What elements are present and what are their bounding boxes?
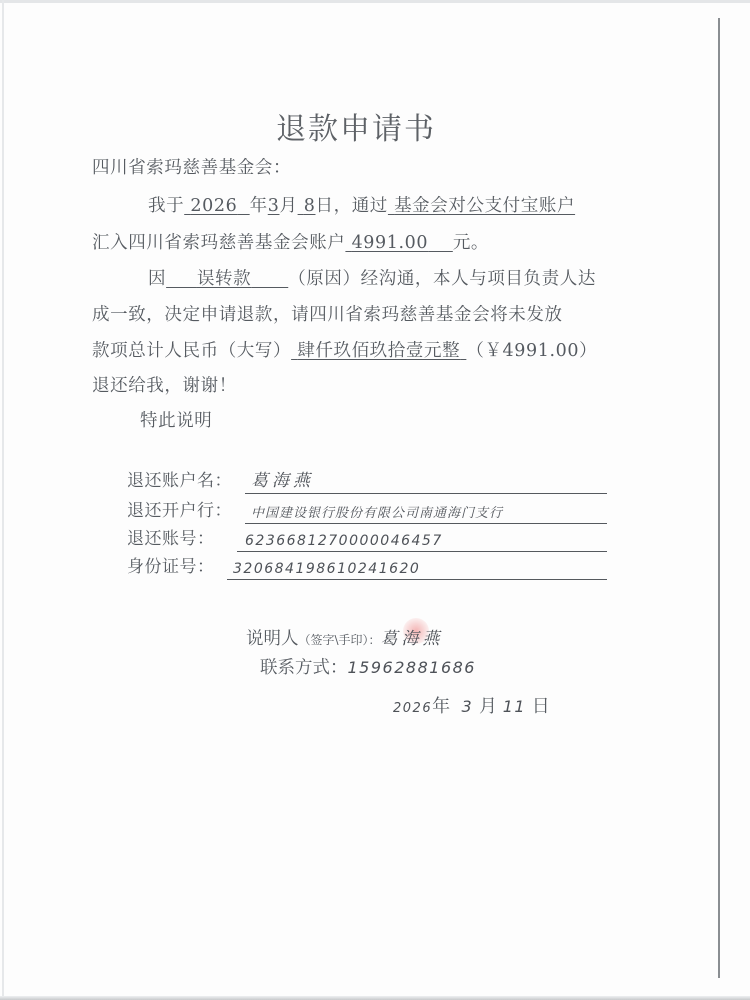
p2-prefix: 因	[148, 269, 166, 289]
document-title: 退款申请书	[276, 104, 436, 148]
paragraph1-line2: 汇入四川省索玛慈善基金会账户 4991.00 元。	[92, 229, 489, 254]
form-row-id-number: 身份证号： 320684198610241620	[127, 552, 607, 580]
paragraph2-line1: 因 误转款 （原因）经沟通，本人与项目负责人达	[148, 265, 596, 290]
bank-value: 中国建设银行股份有限公司南通海门支行	[251, 502, 503, 521]
scan-edge-left	[2, 0, 4, 1000]
scan-edge-bottom	[0, 996, 750, 1000]
contact-value: 15962881686	[348, 658, 476, 677]
paragraph1-line1: 我于 2026 年3月 8日，通过 基金会对公支付宝账户	[148, 192, 575, 217]
amount-in-words: 肆仟玖佰玖拾壹元整	[291, 341, 466, 361]
form-row-bank: 退还开户行： 中国建设银行股份有限公司南通海门支行	[127, 496, 607, 524]
form-row-account-name: 退还账户名： 葛海燕	[127, 466, 607, 494]
bank-label: 退还开户行：	[127, 496, 232, 521]
month-suffix: 月	[279, 196, 297, 216]
day-suffix: 日，通过	[316, 196, 388, 216]
signature-label: 说明人	[246, 629, 299, 649]
signature-value: 葛海燕	[381, 629, 444, 649]
transfer-day: 8	[298, 196, 316, 216]
paragraph2-line4: 退还给我，谢谢！	[92, 372, 237, 397]
amount-suffix: 元。	[453, 233, 489, 253]
account-number-value: 6236681270000046457	[245, 533, 443, 549]
date-day-suffix: 日	[532, 696, 550, 717]
id-number-label: 身份证号：	[127, 552, 215, 577]
paragraph2-line3: 款项总计人民币（大写） 肆仟玖佰玖拾壹元整 （￥4991.00）	[92, 337, 597, 362]
date-year-suffix: 年	[432, 696, 450, 717]
transfer-amount: 4991.00	[345, 233, 452, 253]
p2-line1-rest: （原因）经沟通，本人与项目负责人达	[288, 269, 596, 289]
account-name-label: 退还账户名：	[127, 466, 232, 491]
p2-line3-prefix: 款项总计人民币（大写）	[92, 341, 291, 361]
contact-line: 联系方式：15962881686	[260, 654, 476, 679]
recipient-line: 四川省索玛慈善基金会：	[92, 154, 291, 179]
transfer-month: 3	[268, 196, 280, 216]
date-line: 2026年 3 月 11 日	[393, 692, 550, 718]
date-year: 2026	[393, 701, 432, 716]
date-month-suffix: 月	[479, 696, 497, 717]
account-number-label: 退还账号：	[127, 524, 215, 549]
date-day: 11	[503, 697, 526, 716]
amount-in-figures: （￥4991.00）	[466, 341, 597, 361]
id-number-underline	[227, 579, 607, 580]
year-suffix: 年	[250, 196, 268, 216]
id-number-value: 320684198610241620	[233, 561, 420, 577]
signature-label-note: （签字\手印）：	[299, 633, 381, 647]
paragraph2-line2: 成一致，决定申请退款，请四川省索玛慈善基金会将未发放	[92, 301, 563, 326]
date-month: 3	[462, 697, 474, 716]
p1-prefix: 我于	[148, 196, 184, 216]
contact-label: 联系方式：	[260, 658, 348, 678]
refund-reason: 误转款	[166, 269, 288, 289]
account-name-value: 葛海燕	[251, 466, 314, 491]
transfer-channel: 基金会对公支付宝账户	[388, 196, 575, 216]
p1-line2-prefix: 汇入四川省索玛慈善基金会账户	[92, 233, 345, 253]
account-name-underline	[245, 493, 607, 494]
form-row-account-number: 退还账号： 6236681270000046457	[127, 524, 607, 552]
closing-statement: 特此说明	[140, 407, 212, 432]
signature-line: 说明人（签字\手印）：葛海燕	[246, 624, 444, 650]
transfer-year: 2026	[184, 196, 249, 216]
page-margin-rule	[718, 18, 720, 978]
scan-edge-top	[0, 0, 750, 3]
